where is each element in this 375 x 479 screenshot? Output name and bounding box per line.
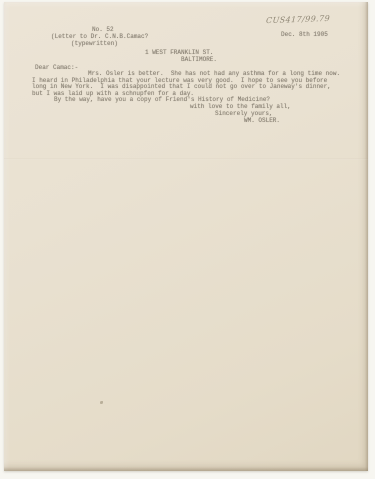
- salutation: Dear Camac:-: [35, 64, 78, 71]
- signature: WM. OSLER.: [244, 117, 280, 124]
- body-line: By the way, have you a copy of Friend's …: [54, 96, 270, 103]
- medium-note: (typewritten): [71, 40, 118, 47]
- letter-date: Dec. 8th 1905: [281, 31, 328, 38]
- closing-love-line: with love to the family all,: [190, 103, 291, 110]
- letterhead-address-line1: 1 WEST FRANKLIN ST.: [145, 49, 213, 56]
- paper-edge-shadow-bottom: [4, 467, 368, 471]
- closing-valediction: Sincerely yours,: [215, 110, 273, 117]
- catalog-item-number: No. 52: [92, 26, 114, 33]
- scanned-letter: No. 52 (Letter to Dr. C.N.B.Camac? (type…: [0, 0, 375, 479]
- paper-edge-shadow-right: [365, 2, 368, 471]
- paper-speck: [100, 401, 103, 404]
- paper-fold-shade: [4, 158, 368, 160]
- handwritten-accession-number: CUS417/99.79: [266, 15, 331, 25]
- letterhead-address-line2: BALTIMORE.: [181, 56, 217, 63]
- recipient-note: (Letter to Dr. C.N.B.Camac?: [51, 33, 148, 40]
- letter-paper: No. 52 (Letter to Dr. C.N.B.Camac? (type…: [4, 2, 368, 471]
